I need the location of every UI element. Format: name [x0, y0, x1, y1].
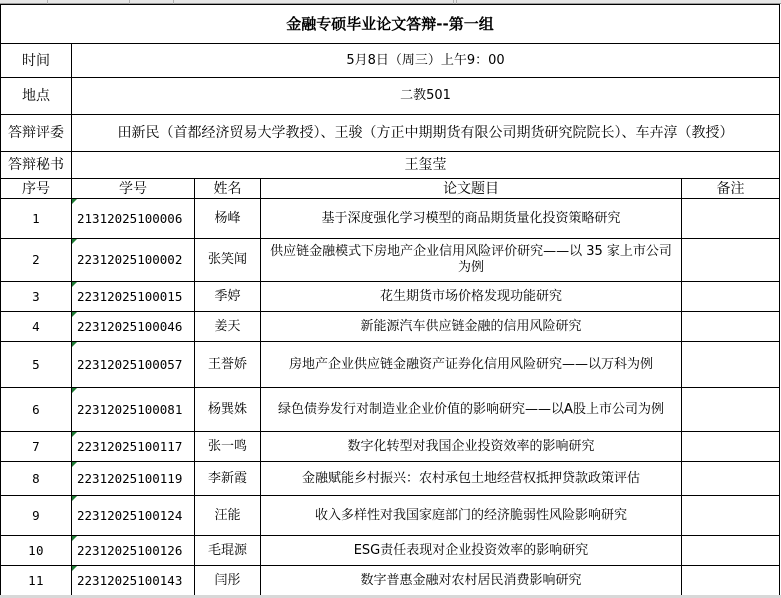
cell-student-id[interactable]: 22312025100143 — [72, 566, 195, 596]
student-id-text: 22312025100126 — [77, 543, 182, 558]
cell-topic[interactable]: 数字普惠金融对农村居民消费影响研究 — [261, 566, 682, 596]
cell-no[interactable]: 2 — [1, 239, 72, 282]
sheet-title[interactable]: 金融专硕毕业论文答辩--第一组 — [1, 5, 780, 44]
table-row: 9 22312025100124 汪能 收入多样性对我国家庭部门的经济脆弱性风险… — [1, 496, 780, 536]
cell-no[interactable]: 1 — [1, 199, 72, 239]
cell-topic[interactable]: 数字化转型对我国企业投资效率的影响研究 — [261, 432, 682, 462]
cell-name[interactable]: 汪能 — [195, 496, 261, 536]
cell-name[interactable]: 季婷 — [195, 282, 261, 312]
comment-marker-icon — [72, 496, 77, 501]
info-label-location[interactable]: 地点 — [1, 78, 72, 115]
cell-note[interactable] — [682, 282, 780, 312]
student-id-text: 22312025100015 — [77, 289, 182, 304]
info-value-committee[interactable]: 田新民（首都经济贸易大学教授）、王骏（方正中期期货有限公司期货研究院院长）、车卉… — [72, 115, 780, 152]
info-value-location[interactable]: 二教501 — [72, 78, 780, 115]
col-header-note[interactable]: 备注 — [682, 179, 780, 199]
info-value-secretary[interactable]: 王玺莹 — [72, 152, 780, 179]
cell-name[interactable]: 张笑闻 — [195, 239, 261, 282]
comment-marker-icon — [72, 312, 77, 317]
cell-note[interactable] — [682, 496, 780, 536]
comment-marker-icon — [72, 282, 77, 287]
cell-name[interactable]: 李新霞 — [195, 462, 261, 496]
cell-no[interactable]: 3 — [1, 282, 72, 312]
cell-topic[interactable]: 新能源汽车供应链金融的信用风险研究 — [261, 312, 682, 342]
cell-topic[interactable]: ESG责任表现对企业投资效率的影响研究 — [261, 536, 682, 566]
cell-student-id[interactable]: 21312025100006 — [72, 199, 195, 239]
cell-note[interactable] — [682, 312, 780, 342]
cell-topic[interactable]: 供应链金融模式下房地产企业信用风险评价研究——以 35 家上市公司为例 — [261, 239, 682, 282]
student-id-text: 22312025100119 — [77, 471, 182, 486]
cell-note[interactable] — [682, 342, 780, 388]
cell-student-id[interactable]: 22312025100046 — [72, 312, 195, 342]
student-id-text: 22312025100117 — [77, 439, 182, 454]
cell-no[interactable]: 7 — [1, 432, 72, 462]
comment-marker-icon — [72, 342, 77, 347]
cell-note[interactable] — [682, 388, 780, 432]
student-id-text: 22312025100124 — [77, 508, 182, 523]
cell-topic[interactable]: 花生期货市场价格发现功能研究 — [261, 282, 682, 312]
student-id-text: 22312025100143 — [77, 573, 182, 588]
table-row: 10 22312025100126 毛琨源 ESG责任表现对企业投资效率的影响研… — [1, 536, 780, 566]
cell-note[interactable] — [682, 566, 780, 596]
cell-note[interactable] — [682, 462, 780, 496]
cell-student-id[interactable]: 22312025100002 — [72, 239, 195, 282]
cell-student-id[interactable]: 22312025100057 — [72, 342, 195, 388]
info-label-committee[interactable]: 答辩评委 — [1, 115, 72, 152]
cell-name[interactable]: 闫彤 — [195, 566, 261, 596]
title-row: 金融专硕毕业论文答辩--第一组 — [1, 5, 780, 44]
cell-topic[interactable]: 房地产企业供应链金融资产证券化信用风险研究——以万科为例 — [261, 342, 682, 388]
student-id-text: 22312025100081 — [77, 402, 182, 417]
defense-schedule-table: 金融专硕毕业论文答辩--第一组 时间 5月8日（周三）上午9：00 地点 二教5… — [0, 4, 780, 596]
comment-marker-icon — [72, 388, 77, 393]
cell-student-id[interactable]: 22312025100126 — [72, 536, 195, 566]
comment-marker-icon — [72, 239, 77, 244]
cell-note[interactable] — [682, 239, 780, 282]
cell-no[interactable]: 11 — [1, 566, 72, 596]
cell-student-id[interactable]: 22312025100081 — [72, 388, 195, 432]
comment-marker-icon — [72, 536, 77, 541]
cell-no[interactable]: 6 — [1, 388, 72, 432]
cell-no[interactable]: 10 — [1, 536, 72, 566]
cell-student-id[interactable]: 22312025100015 — [72, 282, 195, 312]
table-row: 3 22312025100015 季婷 花生期货市场价格发现功能研究 — [1, 282, 780, 312]
table-row: 6 22312025100081 杨巽姝 绿色债券发行对制造业企业价值的影响研究… — [1, 388, 780, 432]
cell-no[interactable]: 4 — [1, 312, 72, 342]
cell-note[interactable] — [682, 199, 780, 239]
column-header-row: 序号 学号 姓名 论文题目 备注 — [1, 179, 780, 199]
cell-name[interactable]: 张一鸣 — [195, 432, 261, 462]
student-id-text: 22312025100002 — [77, 252, 182, 267]
cell-student-id[interactable]: 22312025100117 — [72, 432, 195, 462]
cell-note[interactable] — [682, 432, 780, 462]
col-header-topic[interactable]: 论文题目 — [261, 179, 682, 199]
info-value-time[interactable]: 5月8日（周三）上午9：00 — [72, 44, 780, 78]
comment-marker-icon — [72, 462, 77, 467]
cell-topic[interactable]: 基于深度强化学习模型的商品期货量化投资策略研究 — [261, 199, 682, 239]
table-row: 11 22312025100143 闫彤 数字普惠金融对农村居民消费影响研究 — [1, 566, 780, 596]
cell-student-id[interactable]: 22312025100119 — [72, 462, 195, 496]
table-row: 2 22312025100002 张笑闻 供应链金融模式下房地产企业信用风险评价… — [1, 239, 780, 282]
info-row-committee: 答辩评委 田新民（首都经济贸易大学教授）、王骏（方正中期期货有限公司期货研究院院… — [1, 115, 780, 152]
col-header-name[interactable]: 姓名 — [195, 179, 261, 199]
table-row: 8 22312025100119 李新霞 金融赋能乡村振兴：农村承包土地经营权抵… — [1, 462, 780, 496]
cell-topic[interactable]: 收入多样性对我国家庭部门的经济脆弱性风险影响研究 — [261, 496, 682, 536]
cell-student-id[interactable]: 22312025100124 — [72, 496, 195, 536]
cell-name[interactable]: 杨峰 — [195, 199, 261, 239]
cell-name[interactable]: 姜天 — [195, 312, 261, 342]
student-id-text: 21312025100006 — [77, 211, 182, 226]
cell-no[interactable]: 8 — [1, 462, 72, 496]
table-row: 7 22312025100117 张一鸣 数字化转型对我国企业投资效率的影响研究 — [1, 432, 780, 462]
comment-marker-icon — [72, 432, 77, 437]
comment-marker-icon — [72, 199, 77, 204]
info-row-time: 时间 5月8日（周三）上午9：00 — [1, 44, 780, 78]
spreadsheet: 金融专硕毕业论文答辩--第一组 时间 5月8日（周三）上午9：00 地点 二教5… — [0, 4, 779, 596]
cell-topic[interactable]: 绿色债券发行对制造业企业价值的影响研究——以A股上市公司为例 — [261, 388, 682, 432]
table-row: 1 21312025100006 杨峰 基于深度强化学习模型的商品期货量化投资策… — [1, 199, 780, 239]
col-header-student-id[interactable]: 学号 — [72, 179, 195, 199]
col-header-no[interactable]: 序号 — [1, 179, 72, 199]
student-id-text: 22312025100046 — [77, 319, 182, 334]
info-label-secretary[interactable]: 答辩秘书 — [1, 152, 72, 179]
cell-note[interactable] — [682, 536, 780, 566]
info-row-location: 地点 二教501 — [1, 78, 780, 115]
comment-marker-icon — [72, 566, 77, 571]
table-row: 4 22312025100046 姜天 新能源汽车供应链金融的信用风险研究 — [1, 312, 780, 342]
cell-name[interactable]: 杨巽姝 — [195, 388, 261, 432]
student-id-text: 22312025100057 — [77, 357, 182, 372]
table-row: 5 22312025100057 王誉娇 房地产企业供应链金融资产证券化信用风险… — [1, 342, 780, 388]
cell-no[interactable]: 9 — [1, 496, 72, 536]
cell-name[interactable]: 王誉娇 — [195, 342, 261, 388]
cell-name[interactable]: 毛琨源 — [195, 536, 261, 566]
info-label-time[interactable]: 时间 — [1, 44, 72, 78]
info-row-secretary: 答辩秘书 王玺莹 — [1, 152, 780, 179]
cell-topic[interactable]: 金融赋能乡村振兴：农村承包土地经营权抵押贷款政策评估 — [261, 462, 682, 496]
cell-no[interactable]: 5 — [1, 342, 72, 388]
